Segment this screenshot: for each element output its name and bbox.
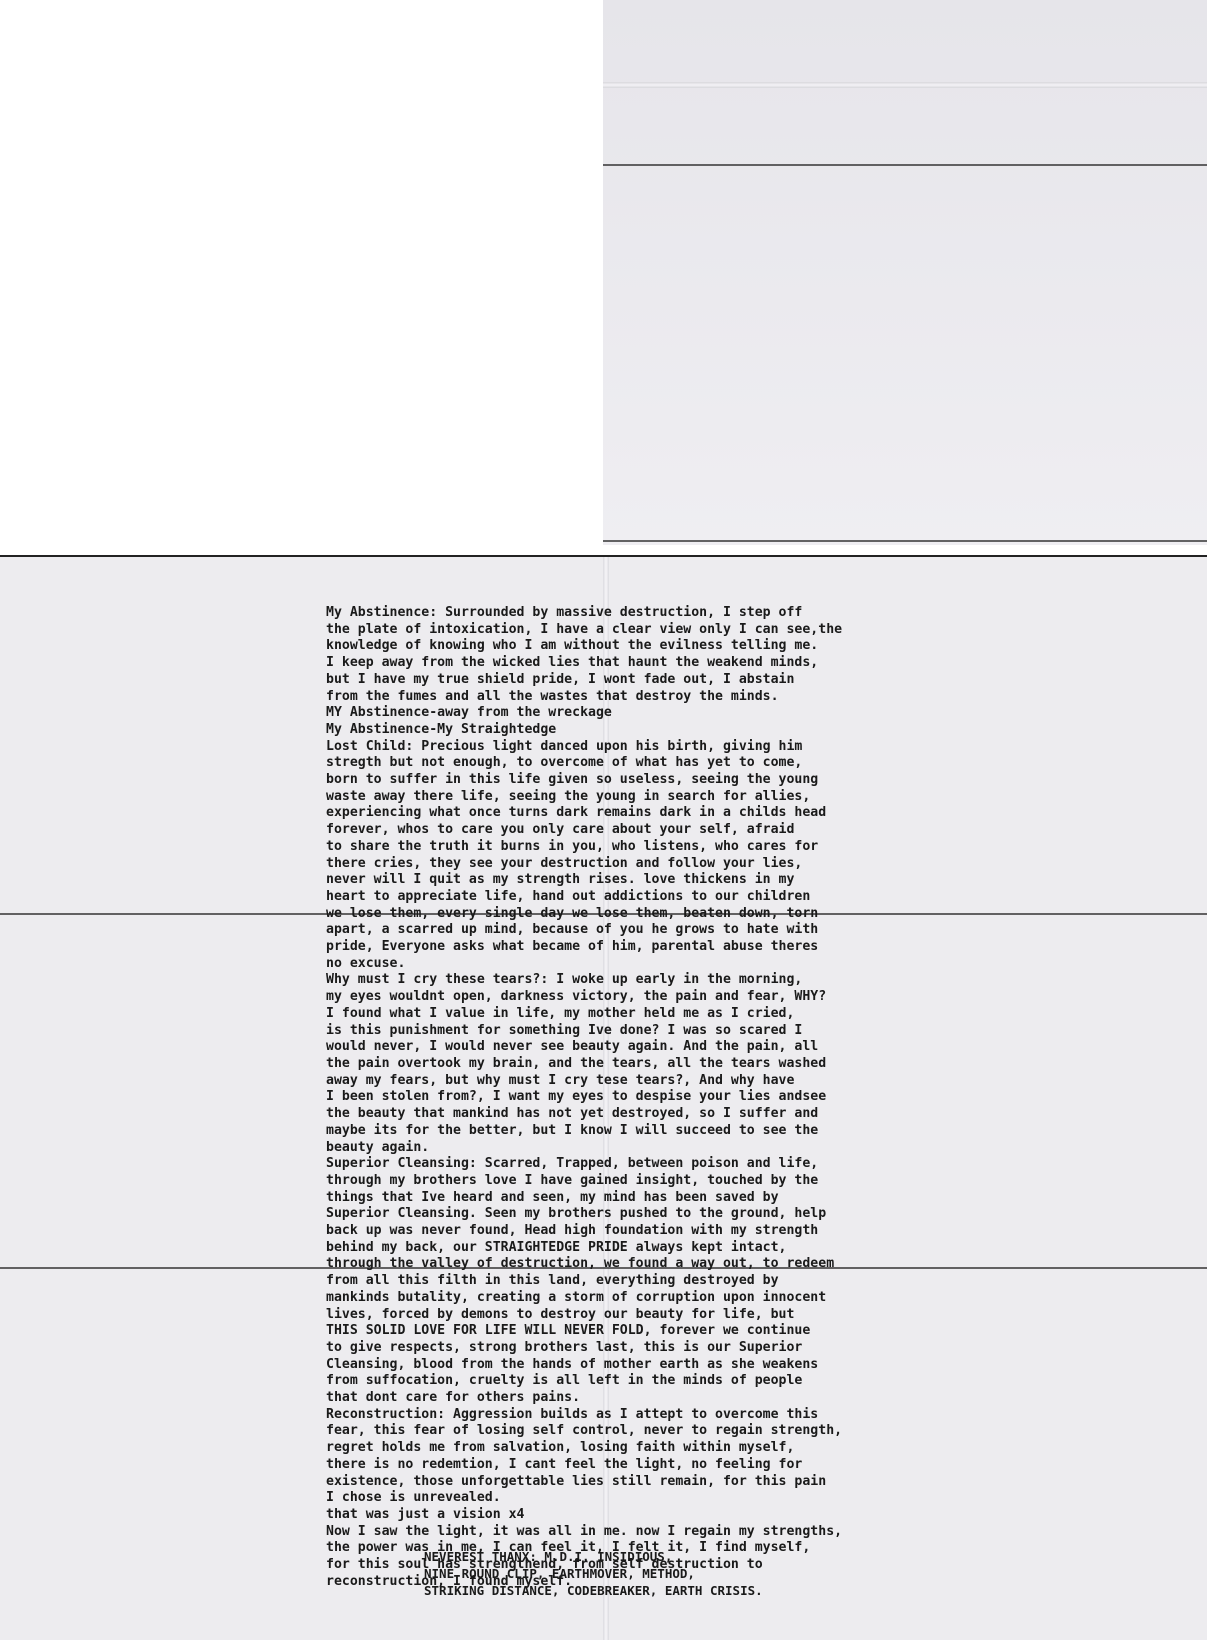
lyric-line: from the fumes and all the wastes that d… xyxy=(326,689,946,706)
lyric-line: the plate of intoxication, I have a clea… xyxy=(326,622,946,639)
lyric-line: there cries, they see your destruction a… xyxy=(326,856,946,873)
lyric-line: things that Ive heard and seen, my mind … xyxy=(326,1190,946,1207)
lyric-line: the pain overtook my brain, and the tear… xyxy=(326,1056,946,1073)
lyrics-text: My Abstinence: Surrounded by massive des… xyxy=(326,605,946,1590)
lyric-line: existence, those unforgettable lies stil… xyxy=(326,1474,946,1491)
lyric-line: behind my back, our STRAIGHTEDGE PRIDE a… xyxy=(326,1240,946,1257)
lyric-line: no excuse. xyxy=(326,956,946,973)
lyric-line: beauty again. xyxy=(326,1140,946,1157)
lyric-line: through my brothers love I have gained i… xyxy=(326,1173,946,1190)
lyric-line: through the valley of destruction, we fo… xyxy=(326,1256,946,1273)
lyric-line: Lost Child: Precious light danced upon h… xyxy=(326,739,946,756)
lyric-line: Now I saw the light, it was all in me. n… xyxy=(326,1524,946,1541)
lyric-line: regret holds me from salvation, losing f… xyxy=(326,1440,946,1457)
fold-edge xyxy=(603,164,1207,166)
lyric-line: to share the truth it burns in you, who … xyxy=(326,839,946,856)
lyric-line: MY Abstinence-away from the wreckage xyxy=(326,705,946,722)
lyric-line: THIS SOLID LOVE FOR LIFE WILL NEVER FOLD… xyxy=(326,1323,946,1340)
thanks-line: NEVEREST THANX: M.D.I. INSIDIOUS, xyxy=(424,1548,763,1565)
lyric-line: to give respects, strong brothers last, … xyxy=(326,1340,946,1357)
lyric-line: I chose is unrevealed. xyxy=(326,1490,946,1507)
lyric-line: I been stolen from?, I want my eyes to d… xyxy=(326,1089,946,1106)
thanks-line: STRIKING DISTANCE, CODEBREAKER, EARTH CR… xyxy=(424,1582,763,1599)
lyric-line: would never, I would never see beauty ag… xyxy=(326,1039,946,1056)
lyric-line: I found what I value in life, my mother … xyxy=(326,1006,946,1023)
lyric-line: Why must I cry these tears?: I woke up e… xyxy=(326,972,946,989)
lyric-line: is this punishment for something Ive don… xyxy=(326,1023,946,1040)
lyric-line: maybe its for the better, but I know I w… xyxy=(326,1123,946,1140)
lyric-line: waste away there life, seeing the young … xyxy=(326,789,946,806)
thanks-text: NEVEREST THANX: M.D.I. INSIDIOUS,NINE RO… xyxy=(424,1548,763,1599)
lyric-line: experiencing what once turns dark remain… xyxy=(326,805,946,822)
lyric-line: that dont care for others pains. xyxy=(326,1390,946,1407)
lyric-line: fear, this fear of losing self control, … xyxy=(326,1423,946,1440)
thanks-line: NINE ROUND CLIP, EARTHMOVER, METHOD, xyxy=(424,1565,763,1582)
lyric-line: my eyes wouldnt open, darkness victory, … xyxy=(326,989,946,1006)
lyric-line: there is no redemtion, I cant feel the l… xyxy=(326,1457,946,1474)
lyric-line: that was just a vision x4 xyxy=(326,1507,946,1524)
lyric-line: born to suffer in this life given so use… xyxy=(326,772,946,789)
lyric-line: back up was never found, Head high found… xyxy=(326,1223,946,1240)
lyric-line: never will I quit as my strength rises. … xyxy=(326,872,946,889)
lyric-line: knowledge of knowing who I am without th… xyxy=(326,638,946,655)
lyric-line: the beauty that mankind has not yet dest… xyxy=(326,1106,946,1123)
lyric-line: Cleansing, blood from the hands of mothe… xyxy=(326,1357,946,1374)
lyric-line: Superior Cleansing. Seen my brothers pus… xyxy=(326,1206,946,1223)
lyric-line: mankinds butality, creating a storm of c… xyxy=(326,1290,946,1307)
lyric-line: but I have my true shield pride, I wont … xyxy=(326,672,946,689)
lyric-line: from all this filth in this land, everyt… xyxy=(326,1273,946,1290)
lyric-line: apart, a scarred up mind, because of you… xyxy=(326,922,946,939)
lyric-line: we lose them, every single day we lose t… xyxy=(326,906,946,923)
folded-paper-top-flap xyxy=(603,0,1207,545)
fold-crease xyxy=(603,82,1207,88)
fold-edge xyxy=(603,540,1207,542)
lyric-line: pride, Everyone asks what became of him,… xyxy=(326,939,946,956)
lyric-line: forever, whos to care you only care abou… xyxy=(326,822,946,839)
lyric-line: from suffocation, cruelty is all left in… xyxy=(326,1373,946,1390)
lyric-line: Reconstruction: Aggression builds as I a… xyxy=(326,1407,946,1424)
lyric-line: Superior Cleansing: Scarred, Trapped, be… xyxy=(326,1156,946,1173)
lyric-line: stregth but not enough, to overcome of w… xyxy=(326,755,946,772)
lyric-line: My Abstinence: Surrounded by massive des… xyxy=(326,605,946,622)
lyric-line: lives, forced by demons to destroy our b… xyxy=(326,1307,946,1324)
lyric-line: My Abstinence-My Straightedge xyxy=(326,722,946,739)
lyric-line: heart to appreciate life, hand out addic… xyxy=(326,889,946,906)
lyric-line: away my fears, but why must I cry tese t… xyxy=(326,1073,946,1090)
lyric-line: I keep away from the wicked lies that ha… xyxy=(326,655,946,672)
